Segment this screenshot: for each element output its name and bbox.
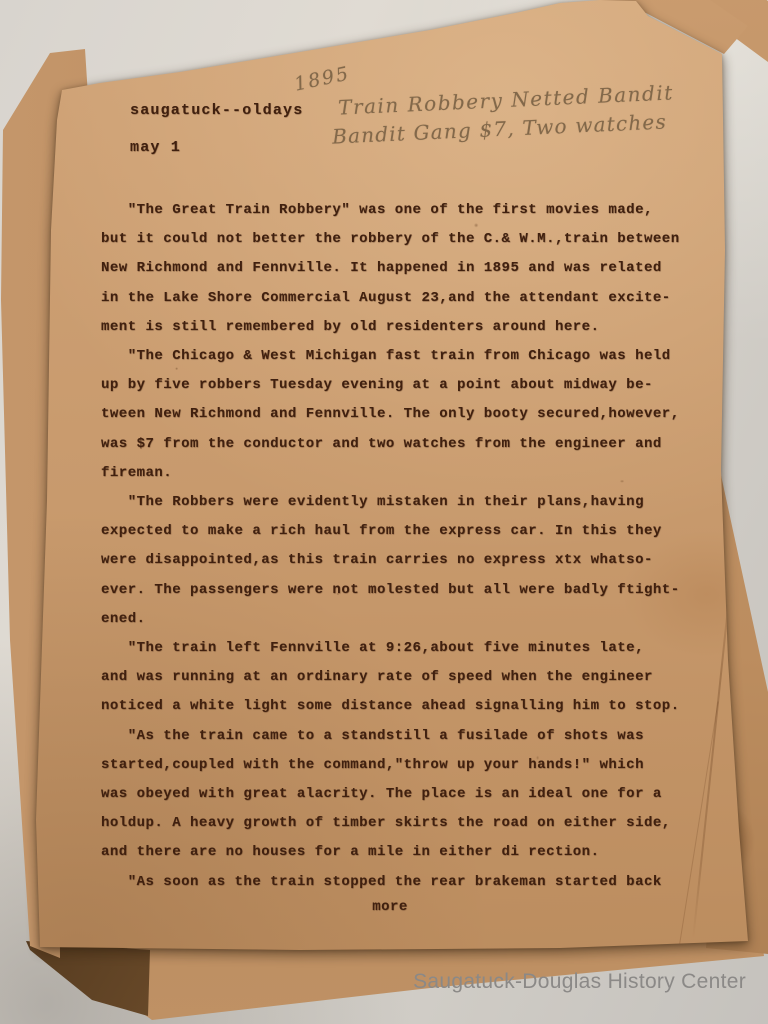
photograph: saugatuck--oldaysmay 1 1895 Train Robber… [0,0,768,1024]
typewritten-line: "The Robbers were evidently mistaken in … [101,488,701,517]
slug-title: saugatuck--oldays [130,92,303,129]
typewritten-line: up by five robbers Tuesday evening at a … [101,371,701,400]
typewritten-line: were disappointed,as this train carries … [101,546,701,575]
typewritten-line: tween New Richmond and Fennville. The on… [101,400,701,429]
slug-date: may 1 [130,129,303,166]
typewritten-line: ened. [101,605,701,634]
typewritten-line: and was running at an ordinary rate of s… [101,663,701,692]
document-sheet: saugatuck--oldaysmay 1 1895 Train Robber… [0,0,768,1024]
typewritten-line: noticed a white light some distance ahea… [101,692,701,721]
document-paper: saugatuck--oldaysmay 1 1895 Train Robber… [0,0,768,1024]
typewritten-line: started,coupled with the command,"throw … [101,751,701,780]
typewritten-line: holdup. A heavy growth of timber skirts … [101,809,701,838]
pencil-annotation-year: 1895 [292,62,352,95]
typewritten-line: fireman. [101,459,701,488]
typewritten-line: was obeyed with great alacrity. The plac… [101,780,701,809]
document-slug: saugatuck--oldaysmay 1 [130,92,303,166]
typewritten-line: ever. The passengers were not molested b… [101,576,701,605]
typewritten-line: New Richmond and Fennville. It happened … [101,254,701,283]
typewritten-line: ment is still remembered by old resident… [101,313,701,342]
typewritten-body: "The Great Train Robbery" was one of the… [101,196,701,897]
typewritten-line: expected to make a rich haul from the ex… [101,517,701,546]
continuation-marker: more [101,893,679,922]
typewritten-line: and there are no houses for a mile in ei… [101,838,701,867]
typewritten-line: "The train left Fennville at 9:26,about … [101,634,701,663]
typewritten-line: "As the train came to a standstill a fus… [101,722,701,751]
typewritten-line: but it could not better the robbery of t… [101,225,701,254]
typewritten-line: in the Lake Shore Commercial August 23,a… [101,284,701,313]
typewritten-line: "The Great Train Robbery" was one of the… [101,196,701,225]
typewritten-line: was $7 from the conductor and two watche… [101,430,701,459]
archive-watermark: Saugatuck-Douglas History Center [413,970,746,994]
typewritten-line: "The Chicago & West Michigan fast train … [101,342,701,371]
